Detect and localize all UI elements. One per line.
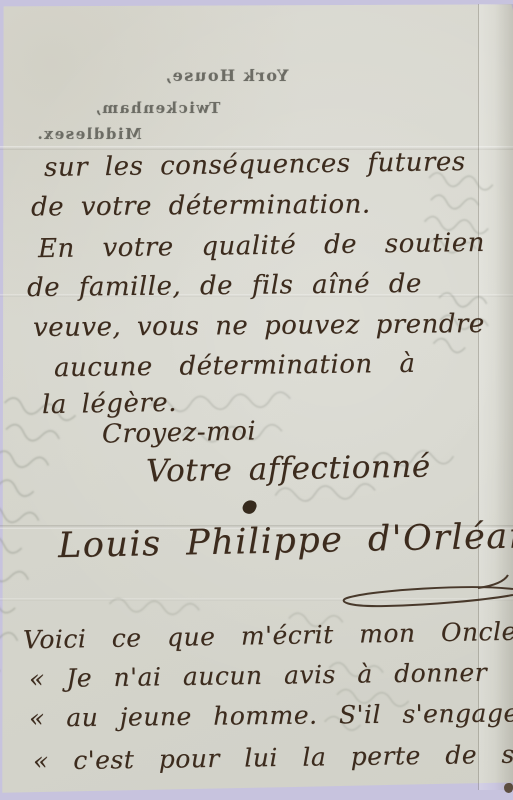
letter-line: de famille, de fils aîné de: [27, 269, 422, 303]
letterhead-line: Twickenham,: [94, 99, 220, 117]
letter-line: la légère.: [42, 388, 177, 420]
letter-line: aucune détermination à: [54, 349, 416, 383]
letterhead-line: York House,: [164, 66, 288, 85]
letter-line: veuve, vous ne pouvez prendre: [33, 309, 485, 343]
letter-line: En votre qualité de soutien: [38, 228, 485, 264]
letter-line: sur les conséquences futures: [44, 147, 466, 183]
letter-photo: York House, Twickenham, Middlesex. sur l…: [0, 0, 513, 800]
closing-line: Votre affectionné: [146, 449, 431, 490]
closing-line: Croyez-moi: [102, 416, 257, 449]
letterhead-line: Middlesex.: [36, 125, 142, 143]
postscript-line: « au jeune homme. S'il s'engage: [29, 698, 513, 732]
letter-line: de votre détermination.: [31, 190, 371, 223]
paper-stain: [504, 783, 513, 793]
